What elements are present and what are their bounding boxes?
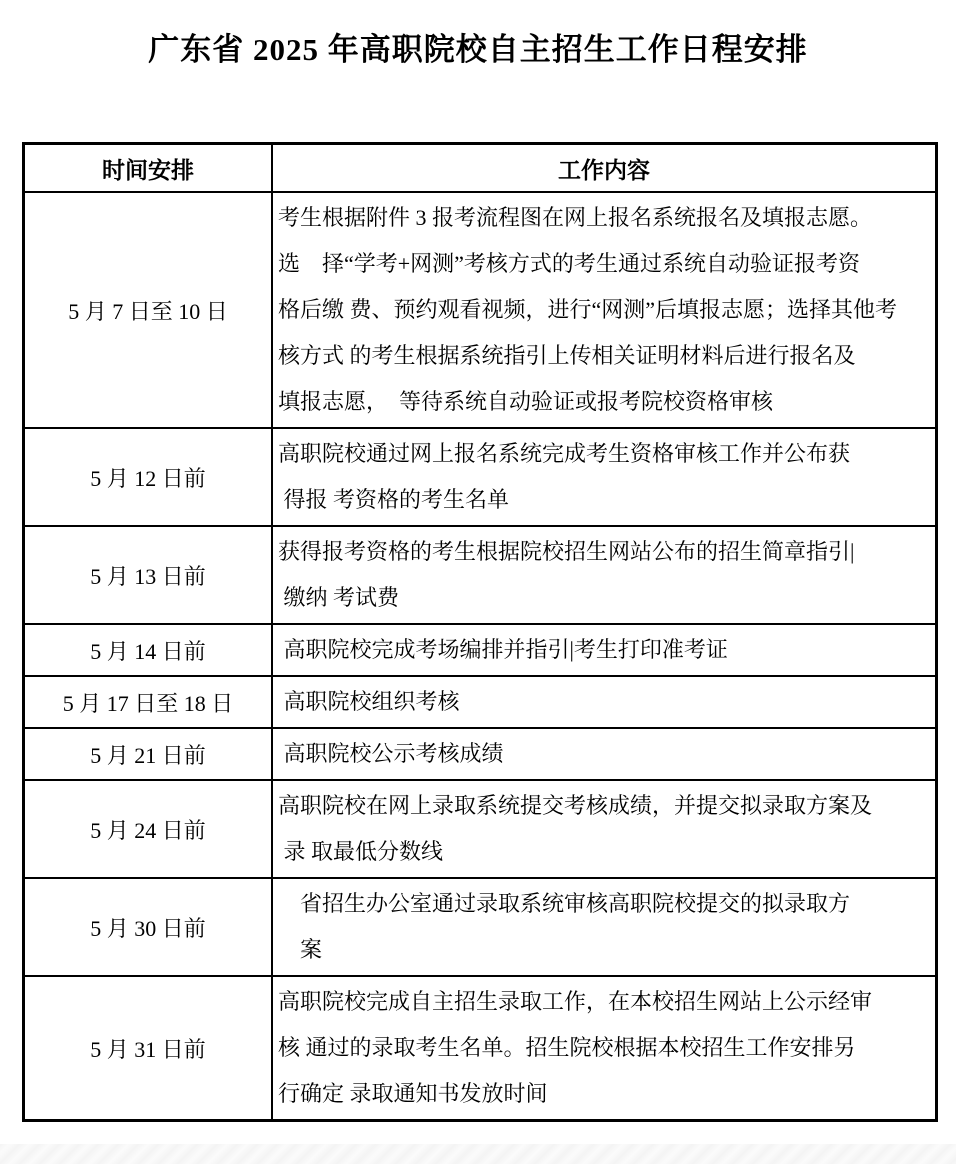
- table-row: 5 月 17 日至 18 日 高职院校组织考核: [24, 676, 937, 728]
- time-cell: 5 月 17 日至 18 日: [24, 676, 273, 728]
- content-cell: 高职院校完成考场编排并指引|考生打印准考证: [272, 624, 937, 676]
- content-cell: 获得报考资格的考生根据院校招生网站公布的招生简章指引| 缴纳 考试费: [272, 526, 937, 624]
- table-header-row: 时间安排 工作内容: [24, 144, 937, 193]
- time-cell: 5 月 31 日前: [24, 976, 273, 1121]
- time-cell: 5 月 21 日前: [24, 728, 273, 780]
- header-content: 工作内容: [272, 144, 937, 193]
- time-cell: 5 月 7 日至 10 日: [24, 192, 273, 428]
- header-time: 时间安排: [24, 144, 273, 193]
- content-cell: 省招生办公室通过录取系统审核高职院校提交的拟录取方 案: [272, 878, 937, 976]
- table-row: 5 月 31 日前 高职院校完成自主招生录取工作，在本校招生网站上公示经审 核 …: [24, 976, 937, 1121]
- time-cell: 5 月 24 日前: [24, 780, 273, 878]
- content-cell: 高职院校完成自主招生录取工作，在本校招生网站上公示经审 核 通过的录取考生名单。…: [272, 976, 937, 1121]
- content-cell: 高职院校通过网上报名系统完成考生资格审核工作并公布获 得报 考资格的考生名单: [272, 428, 937, 526]
- table-row: 5 月 30 日前 省招生办公室通过录取系统审核高职院校提交的拟录取方 案: [24, 878, 937, 976]
- table-row: 5 月 13 日前 获得报考资格的考生根据院校招生网站公布的招生简章指引| 缴纳…: [24, 526, 937, 624]
- time-cell: 5 月 30 日前: [24, 878, 273, 976]
- table-row: 5 月 14 日前 高职院校完成考场编排并指引|考生打印准考证: [24, 624, 937, 676]
- content-cell: 高职院校在网上录取系统提交考核成绩，并提交拟录取方案及 录 取最低分数线: [272, 780, 937, 878]
- content-cell: 高职院校公示考核成绩: [272, 728, 937, 780]
- table-row: 5 月 12 日前 高职院校通过网上报名系统完成考生资格审核工作并公布获 得报 …: [24, 428, 937, 526]
- table-row: 5 月 24 日前 高职院校在网上录取系统提交考核成绩，并提交拟录取方案及 录 …: [24, 780, 937, 878]
- table-row: 5 月 7 日至 10 日 考生根据附件 3 报考流程图在网上报名系统报名及填报…: [24, 192, 937, 428]
- table-row: 5 月 21 日前 高职院校公示考核成绩: [24, 728, 937, 780]
- page-title: 广东省 2025 年高职院校自主招生工作日程安排: [0, 24, 956, 69]
- time-cell: 5 月 13 日前: [24, 526, 273, 624]
- time-cell: 5 月 12 日前: [24, 428, 273, 526]
- content-cell: 高职院校组织考核: [272, 676, 937, 728]
- page-bottom-edge: [0, 1144, 956, 1164]
- schedule-table: 时间安排 工作内容 5 月 7 日至 10 日 考生根据附件 3 报考流程图在网…: [22, 142, 938, 1122]
- content-cell: 考生根据附件 3 报考流程图在网上报名系统报名及填报志愿。 选 择“学考+网测”…: [272, 192, 937, 428]
- time-cell: 5 月 14 日前: [24, 624, 273, 676]
